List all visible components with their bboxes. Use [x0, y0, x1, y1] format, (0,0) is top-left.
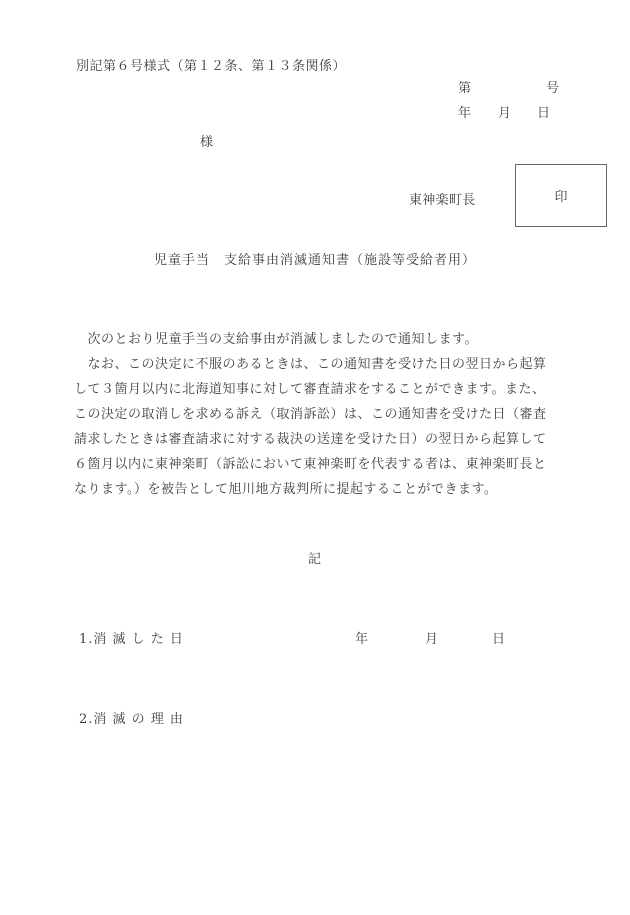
seal-placeholder-label: 印: [554, 186, 567, 205]
form-reference: 別記第６号様式（第１２条、第１３条関係）: [76, 55, 346, 74]
document-title: 児童手当 支給事由消滅通知書（施設等受給者用）: [0, 249, 630, 268]
issue-date-month-label: 月: [498, 102, 511, 121]
issue-date-day-label: 日: [537, 102, 550, 121]
issue-date-year-label: 年: [458, 102, 471, 121]
addressee-honorific: 様: [200, 131, 213, 150]
notification-document-page: 別記第６号様式（第１２条、第１３条関係） 第 号 年 月 日 様 東神楽町長 印…: [0, 0, 630, 915]
body-paragraph: 次のとおり児童手当の支給事由が消滅しましたので通知します。 なお、この決定に不服…: [74, 327, 560, 502]
issuer-title: 東神楽町長: [409, 189, 476, 208]
item-2-label: 2.消 滅 の 理 由: [79, 708, 184, 727]
seal-box: 印: [515, 164, 607, 227]
item-1-year-label: 年: [355, 628, 368, 647]
item-1-label: 1.消 滅 し た 日: [79, 628, 184, 647]
notation-marker: 記: [0, 548, 630, 567]
item-1-month-label: 月: [425, 628, 438, 647]
doc-number-prefix: 第: [458, 77, 471, 96]
item-1-day-label: 日: [492, 628, 505, 647]
doc-number-suffix: 号: [546, 77, 559, 96]
